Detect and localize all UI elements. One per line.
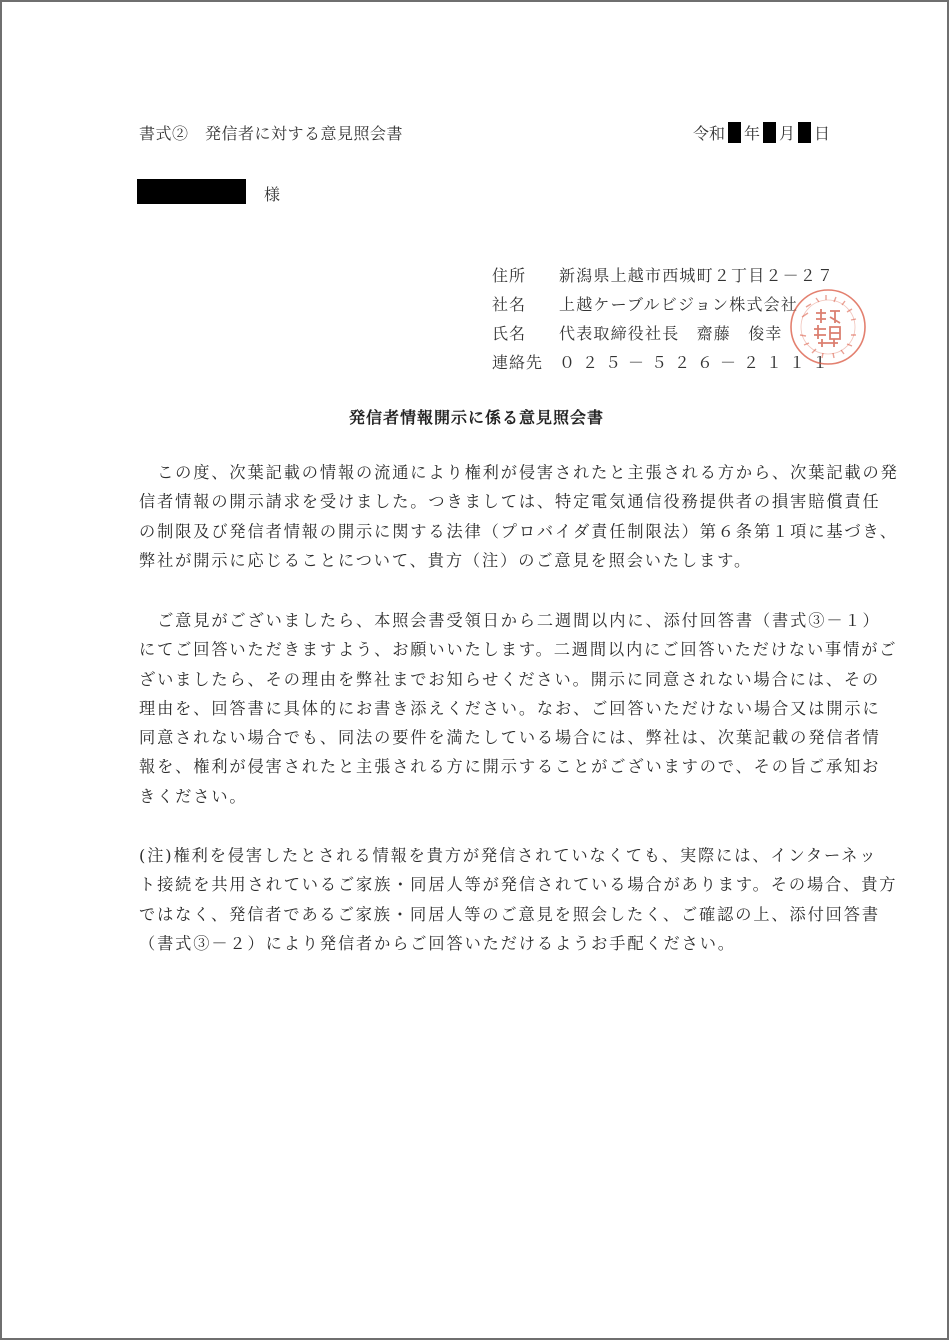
sender-value: 代表取締役社長 齋藤 俊幸 — [559, 321, 783, 344]
sender-row-address: 住所 新潟県上越市西城町２丁目２－２７ — [492, 260, 835, 289]
paragraph-line: の制限及び発信者情報の開示に関する法律（プロバイダ責任制限法）第６条第１項に基づ… — [139, 517, 834, 546]
paragraph-line: ではなく、発信者であるご家族・同居人等のご意見を照会したく、ご確認の上、添付回答… — [139, 900, 834, 929]
sender-value: 上越ケーブルビジョン株式会社 — [559, 292, 798, 315]
paragraph-line: 信者情報の開示請求を受けました。つきましては、特定電気通信役務提供者の損害賠償責… — [139, 487, 834, 516]
sender-label: 住所 — [492, 263, 559, 286]
paragraph-line: きください。 — [139, 782, 834, 811]
date-era: 令和 — [693, 121, 725, 144]
paragraph-line: （書式③－２）により発信者からご回答いただけるようお手配ください。 — [139, 929, 834, 958]
paragraph-response-request: ご意見がございましたら、本照会書受領日から二週間以内に、添付回答書（書式③－１）… — [139, 606, 834, 811]
paragraph-inquiry: この度、次葉記載の情報の流通により権利が侵害されたと主張される方から、次葉記載の… — [139, 458, 834, 575]
date-month-unit: 月 — [779, 121, 795, 144]
sender-label: 社名 — [492, 292, 559, 315]
paragraph-line: 同意されない場合でも、同法の要件を満たしている場合には、弊社は、次葉記載の発信者… — [139, 723, 834, 752]
sender-row-representative: 氏名 代表取締役社長 齋藤 俊幸 — [492, 318, 835, 347]
date-year-unit: 年 — [744, 121, 760, 144]
paragraph-line: ざいましたら、その理由を弊社までお知らせください。開示に同意されない場合には、そ… — [139, 665, 834, 694]
sender-label: 氏名 — [492, 321, 559, 344]
sender-row-contact: 連絡先 ０２５－５２６－２１１１ — [492, 347, 835, 376]
paragraph-line: ト接続を共用されているご家族・同居人等が発信されている場合があります。その場合、… — [139, 870, 834, 899]
company-seal-icon — [788, 287, 868, 367]
document-page: 書式② 発信者に対する意見照会書 令和 年 月 日 様 住所 新潟県上越市西城町… — [0, 0, 949, 1340]
date-year-redaction — [728, 122, 741, 143]
paragraph-note: (注)権利を侵害したとされる情報を貴方が発信されていなくても、実際には、インター… — [139, 841, 834, 958]
date-day-redaction — [798, 122, 811, 143]
recipient-honorific: 様 — [264, 182, 280, 205]
date-day-unit: 日 — [814, 121, 830, 144]
paragraph-line: にてご回答いただきますよう、お願いいたします。二週間以内にご回答いただけない事情… — [139, 635, 834, 664]
date-month-redaction — [763, 122, 776, 143]
paragraph-line: (注)権利を侵害したとされる情報を貴方が発信されていなくても、実際には、インター… — [139, 841, 834, 870]
form-label: 書式② 発信者に対する意見照会書 — [139, 121, 403, 144]
paragraph-line: 報を、権利が侵害されたと主張される方に開示することがございますので、その旨ご承知… — [139, 752, 834, 781]
paragraph-line: 弊社が開示に応じることについて、貴方（注）のご意見を照会いたします。 — [139, 546, 834, 575]
recipient-name-redaction — [137, 179, 246, 204]
paragraph-line: この度、次葉記載の情報の流通により権利が侵害されたと主張される方から、次葉記載の… — [139, 458, 834, 487]
sender-block: 住所 新潟県上越市西城町２丁目２－２７ 社名 上越ケーブルビジョン株式会社 氏名… — [492, 260, 835, 376]
paragraph-line: ご意見がございましたら、本照会書受領日から二週間以内に、添付回答書（書式③－１） — [139, 606, 834, 635]
sender-row-company: 社名 上越ケーブルビジョン株式会社 — [492, 289, 835, 318]
sender-value: 新潟県上越市西城町２丁目２－２７ — [559, 263, 834, 286]
paragraph-line: 理由を、回答書に具体的にお書き添えください。なお、ご回答いただけない場合又は開示… — [139, 694, 834, 723]
document-title: 発信者情報開示に係る意見照会書 — [2, 405, 949, 428]
sender-label: 連絡先 — [492, 350, 559, 373]
date-line: 令和 年 月 日 — [693, 121, 830, 144]
